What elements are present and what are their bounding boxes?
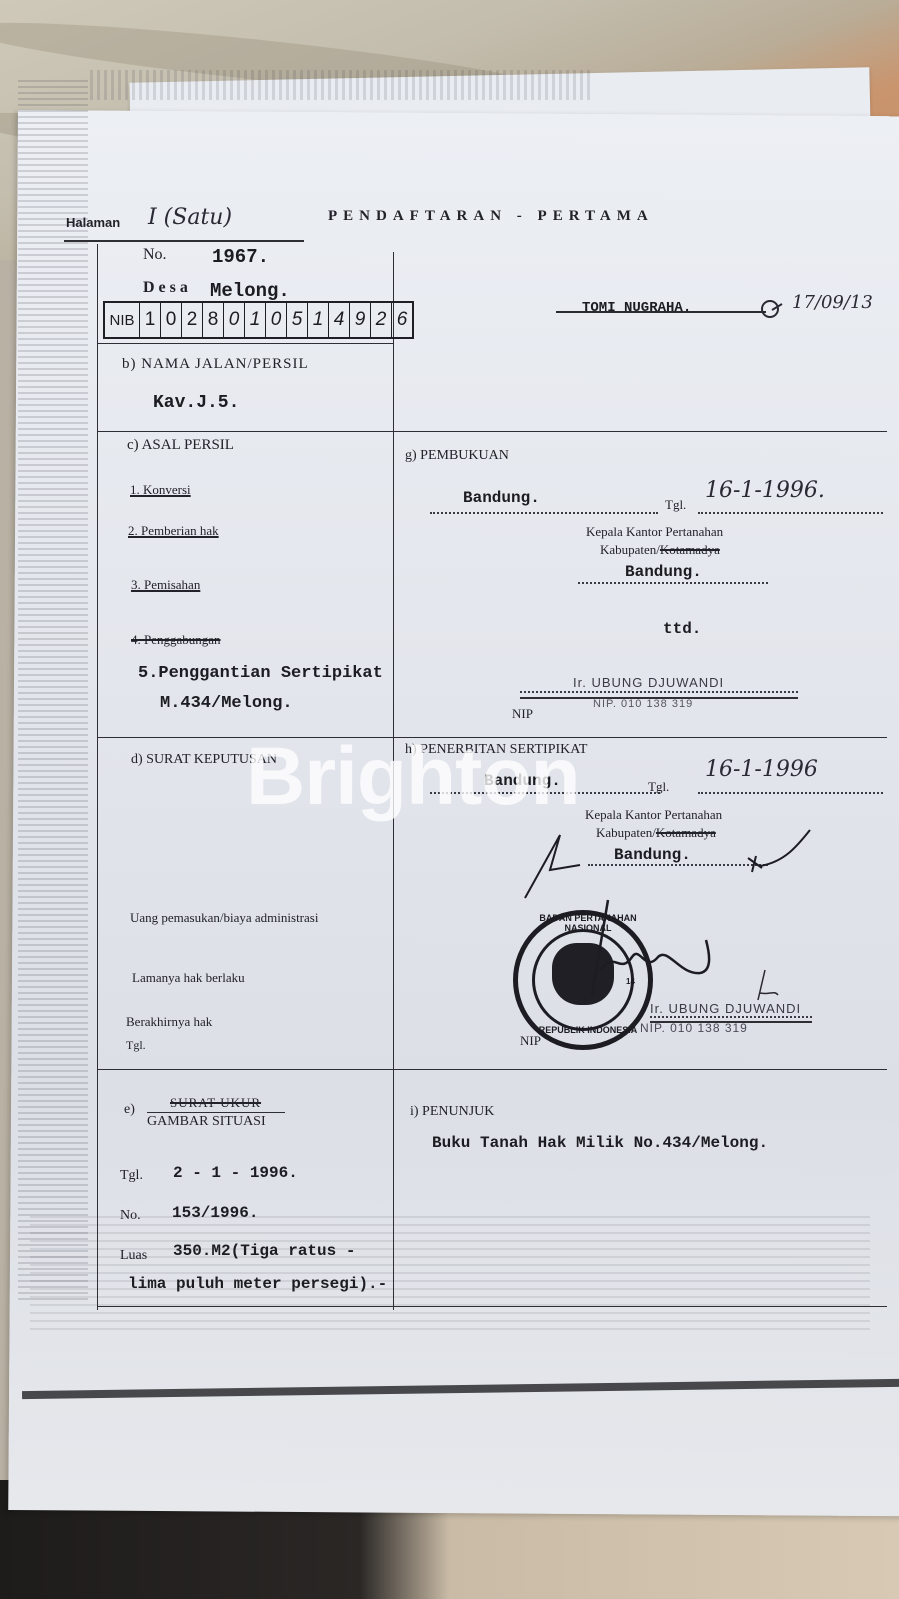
copy-noise: [30, 1210, 870, 1330]
seal-text-bottom: REPUBLIK INDONESIA: [528, 1025, 648, 1035]
asal-item-pemberian-hak: 2. Pemberian hak: [128, 523, 219, 539]
dotted-line: [698, 792, 883, 794]
gs-date-value: 2 - 1 - 1996.: [173, 1164, 298, 1182]
row-divider: [97, 343, 393, 344]
dotted-line: [520, 691, 798, 693]
asal-item-detail: M.434/Melong.: [160, 694, 293, 713]
page-underline: [64, 240, 304, 242]
asal-item-penggabungan: 4. Penggabungan: [131, 632, 221, 648]
table-border-bottom: [97, 1306, 887, 1307]
penerbitan-date: 16-1-1996: [705, 757, 818, 782]
nib-digit: 1: [308, 303, 329, 337]
nib-digit: 6: [392, 303, 412, 337]
kotamadya-struck: Kotamadya: [660, 542, 720, 557]
section-e-prefix: e): [124, 1102, 135, 1118]
gs-area-value-line1: 350.M2(Tiga ratus -: [173, 1242, 355, 1260]
holder-annotation: 17/09/13: [792, 292, 873, 313]
pembukuan-office-line1: Kepala Kantor Pertanahan: [586, 524, 723, 540]
holder-name-struck: TOMI NUGRAHA.: [582, 300, 691, 316]
official-signature: [560, 895, 800, 1005]
nib-digit: 2: [371, 303, 392, 337]
penerbitan-nip-label: NIP: [520, 1033, 541, 1049]
penerbitan-official-name: Ir. UBUNG DJUWANDI: [650, 1001, 801, 1016]
surat-ukur-struck: SURAT UKUR: [170, 1095, 261, 1111]
nib-digit: 0: [224, 303, 245, 337]
pembukuan-official-nip: NIP. 010 138 319: [593, 698, 693, 710]
penerbitan-date-label: Tgl.: [648, 779, 669, 795]
asal-item-konversi: 1. Konversi: [130, 482, 191, 498]
pembukuan-signed: ttd.: [663, 620, 701, 638]
section-g-heading: g) PEMBUKUAN: [405, 448, 509, 464]
section-b-heading: b) NAMA JALAN/PERSIL: [122, 356, 309, 373]
brighton-watermark: Brighton: [246, 730, 580, 824]
page-value: I (Satu): [148, 205, 232, 230]
penerbitan-official-nip: NIP. 010 138 319: [640, 1021, 748, 1035]
penunjuk-value: Buku Tanah Hak Milik No.434/Melong.: [432, 1134, 768, 1152]
section-i-heading: i) PENUNJUK: [410, 1104, 494, 1120]
page-label: Halaman: [66, 215, 120, 230]
dotted-line: [430, 512, 658, 514]
nib-box: NIB 1 0 2 8 0 1 0 5 1 4 9 2 6: [103, 301, 414, 339]
pembukuan-official-name: Ir. UBUNG DJUWANDI: [573, 675, 724, 690]
heading-divider: [147, 1112, 285, 1113]
gs-date-label: Tgl.: [120, 1168, 143, 1184]
gs-no-label: No.: [120, 1208, 141, 1224]
asal-item-penggantian: 5.Penggantian Sertipikat: [138, 664, 383, 683]
nib-digit: 1: [140, 303, 161, 337]
row-divider: [97, 1069, 887, 1070]
document-title: PENDAFTARAN - PERTAMA: [328, 208, 654, 225]
dotted-line: [698, 512, 883, 514]
pembukuan-nip-label: NIP: [512, 706, 533, 722]
desa-label: Desa: [143, 279, 192, 297]
pembukuan-place: Bandung.: [463, 489, 540, 507]
nib-digit: 1: [245, 303, 266, 337]
nib-digit: 4: [329, 303, 350, 337]
nib-digit: 0: [161, 303, 182, 337]
pembukuan-date-label: Tgl.: [665, 497, 686, 513]
dotted-line: [650, 1016, 812, 1018]
initial-mark: [760, 296, 790, 326]
nib-label: NIB: [105, 303, 140, 337]
copy-noise: [18, 80, 88, 1300]
expiry-date-label: Tgl.: [126, 1038, 146, 1053]
pembukuan-date: 16-1-1996.: [705, 478, 825, 503]
desa-value: Melong.: [210, 280, 290, 302]
table-border-left: [97, 244, 98, 1310]
dotted-line: [578, 582, 768, 584]
kabupaten-text: Kabupaten/: [600, 542, 660, 557]
section-b-value: Kav.J.5.: [153, 393, 239, 413]
duration-label: Lamanya hak berlaku: [132, 970, 245, 986]
gambar-situasi-heading: GAMBAR SITUASI: [147, 1114, 266, 1130]
no-value: 1967.: [212, 246, 269, 268]
nib-digit: 0: [266, 303, 287, 337]
pembukuan-office-line2: Kabupaten/Kotamadya: [600, 542, 720, 558]
row-divider: [97, 431, 887, 432]
section-c-heading: c) ASAL PERSIL: [127, 437, 234, 454]
asal-item-pemisahan: 3. Pemisahan: [131, 577, 200, 593]
no-label: No.: [143, 246, 167, 264]
gs-no-value: 153/1996.: [172, 1204, 258, 1222]
nib-digit: 9: [350, 303, 371, 337]
copy-noise: [90, 70, 590, 100]
nib-digit: 2: [182, 303, 203, 337]
nib-digit: 8: [203, 303, 224, 337]
pembukuan-office-city: Bandung.: [625, 563, 702, 581]
gs-area-label: Luas: [120, 1248, 147, 1264]
nib-digit: 5: [287, 303, 308, 337]
gs-area-value-line2: lima puluh meter persegi).-: [128, 1275, 387, 1293]
expiry-label: Berakhirnya hak: [126, 1014, 212, 1030]
fee-label: Uang pemasukan/biaya administrasi: [130, 910, 318, 926]
